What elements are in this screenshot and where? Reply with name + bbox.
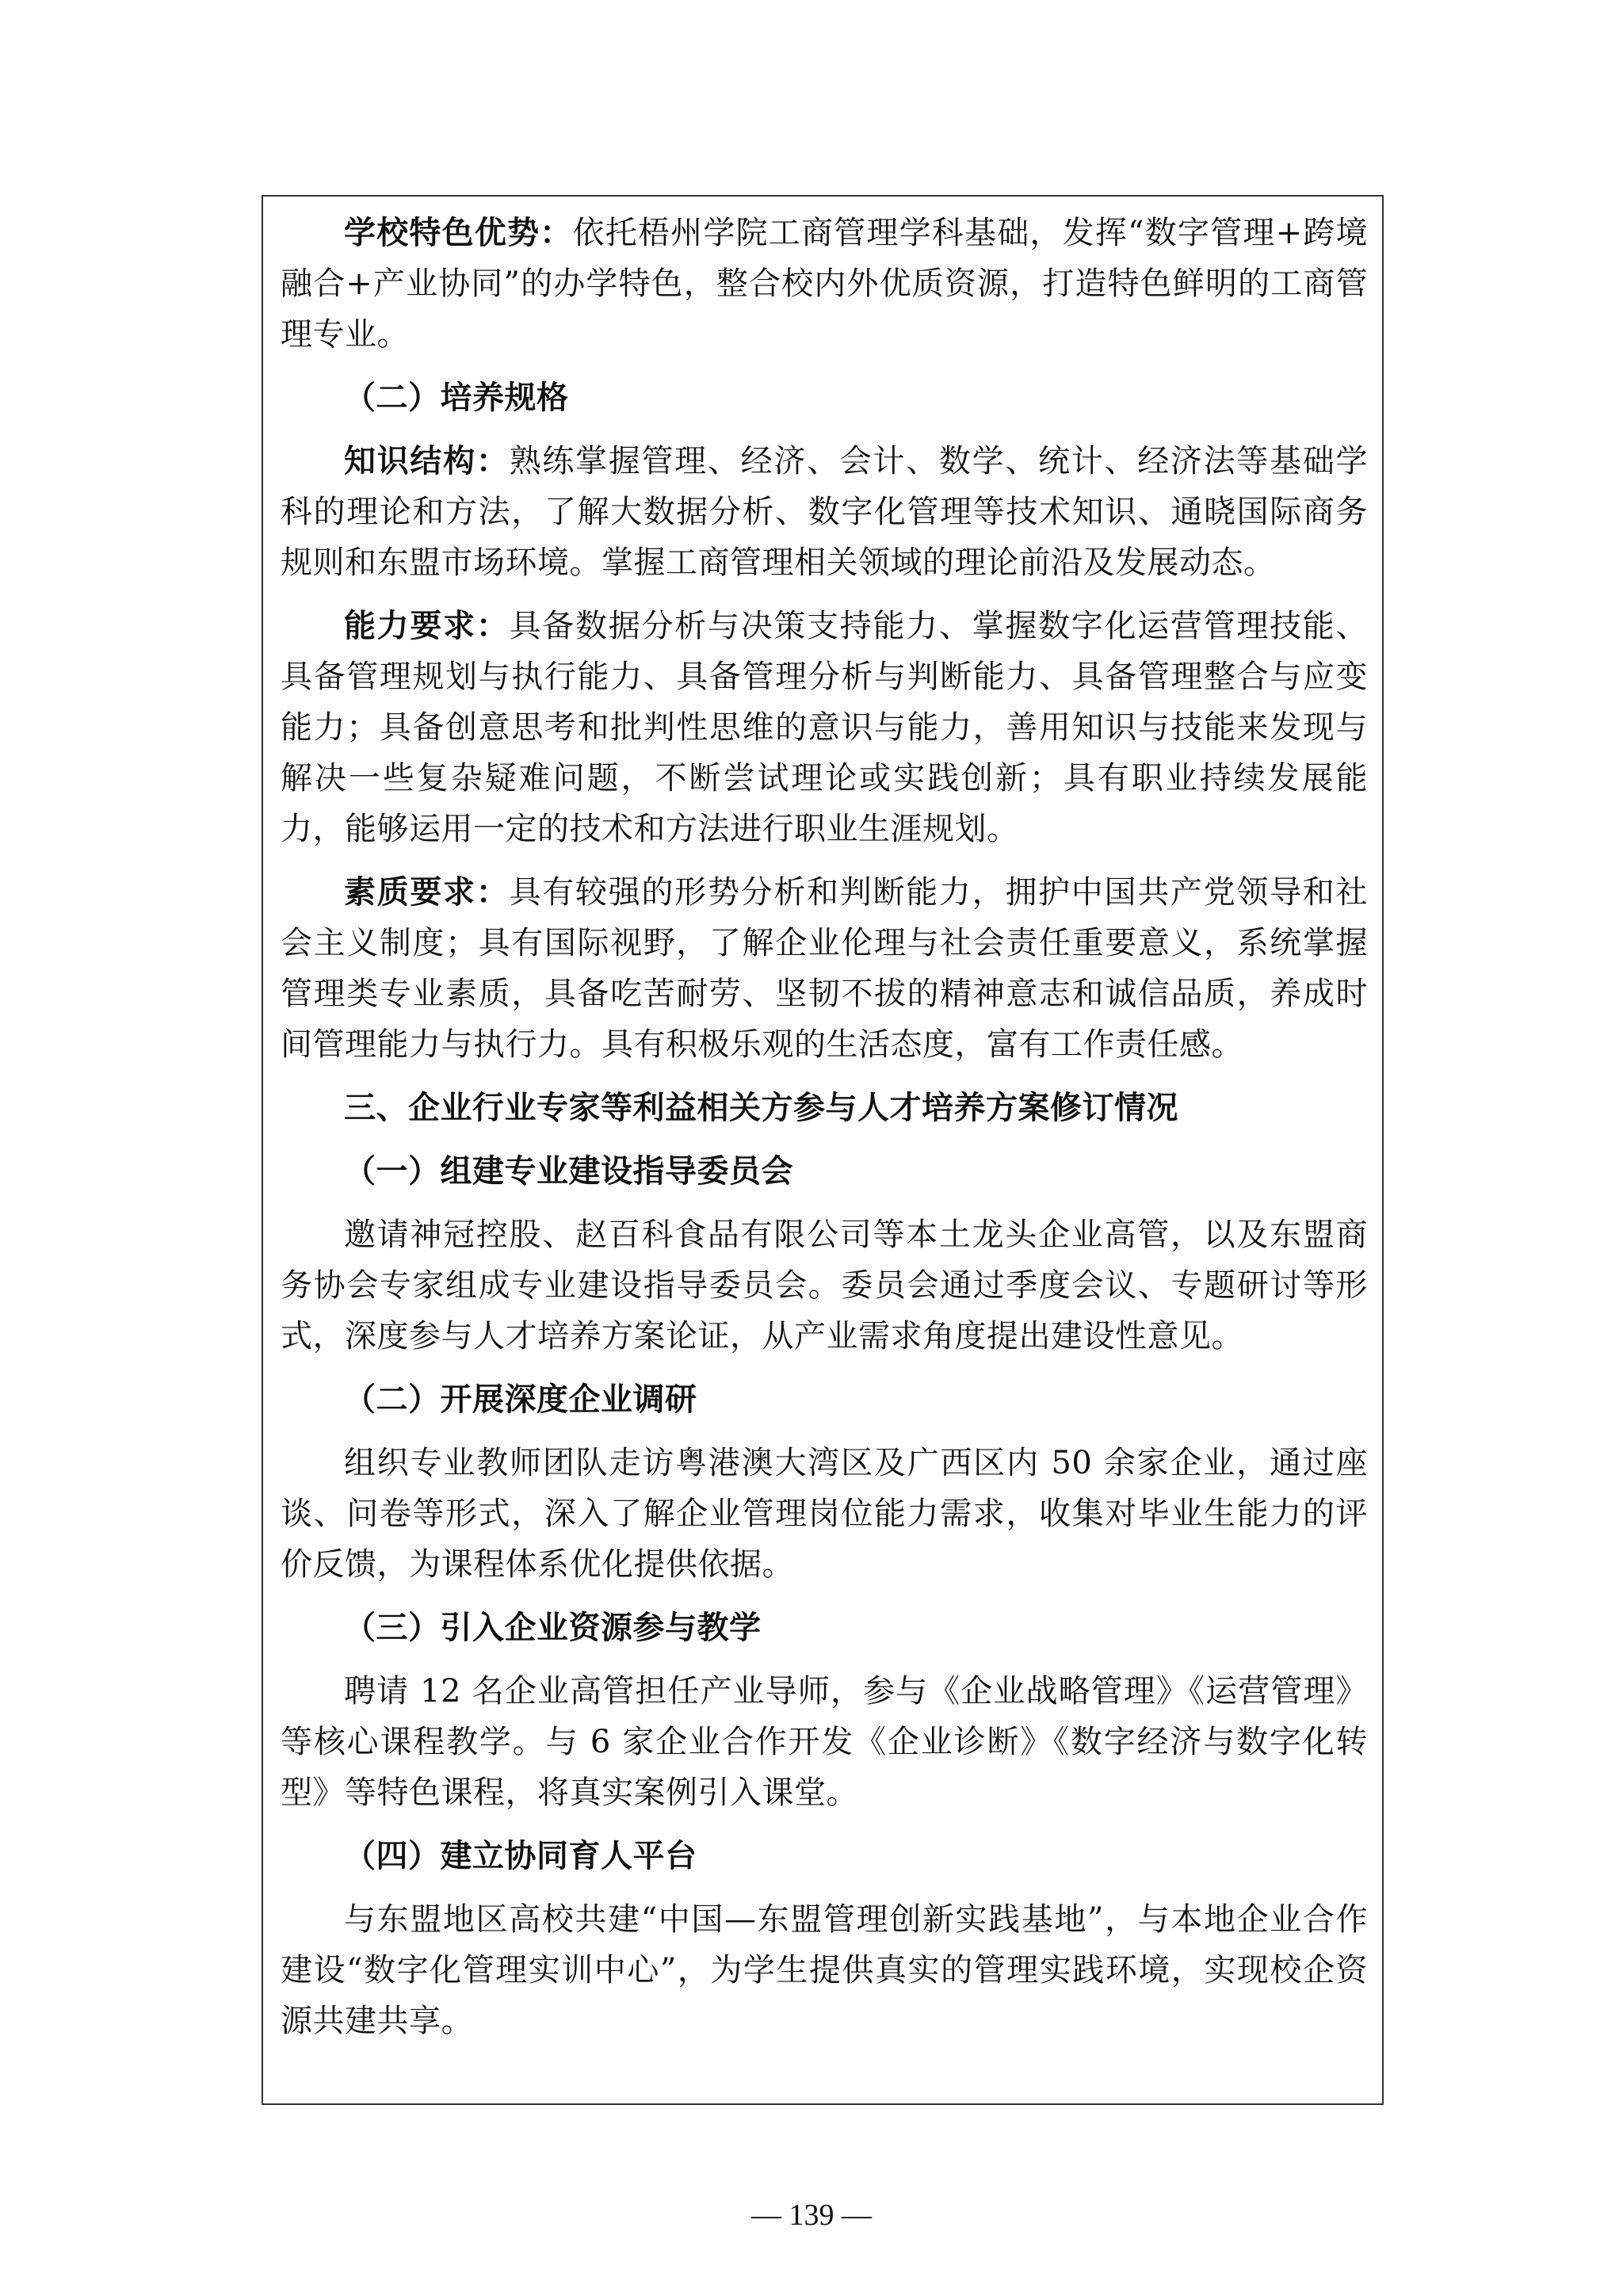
quality-lead: 素质要求： [344, 873, 510, 911]
sub-3-paragraph: 聘请 12 名企业高管担任产业导师，参与《企业战略管理》《运营管理》等核心课程教… [281, 1666, 1368, 1818]
school-advantage-lead: 学校特色优势： [344, 214, 572, 251]
sub-2-heading: （二）开展深度企业调研 [281, 1374, 1368, 1425]
content-frame: 学校特色优势：依托梧州学院工商管理学科基础，发挥“数字管理+跨境融合+产业协同”… [262, 195, 1384, 2105]
sub-3-heading: （三）引入企业资源参与教学 [281, 1603, 1368, 1653]
sub-4-paragraph: 与东盟地区高校共建“中国—东盟管理创新实践基地”，与本地企业合作建设“数字化管理… [281, 1894, 1368, 2046]
sub-1-paragraph: 邀请神冠控股、赵百科食品有限公司等本土龙头企业高管，以及东盟商务协会专家组成专业… [281, 1209, 1368, 1362]
quality-paragraph: 素质要求：具有较强的形势分析和判断能力，拥护中国共产党领导和社会主义制度；具有国… [281, 867, 1368, 1070]
part-3-heading: 三、企业行业专家等利益相关方参与人才培养方案修订情况 [281, 1083, 1368, 1133]
sub-1-heading: （一）组建专业建设指导委员会 [281, 1146, 1368, 1197]
document-body: 学校特色优势：依托梧州学院工商管理学科基础，发挥“数字管理+跨境融合+产业协同”… [281, 197, 1368, 2046]
sub-2-paragraph: 组织专业教师团队走访粤港澳大湾区及广西区内 50 余家企业，通过座谈、问卷等形式… [281, 1438, 1368, 1590]
ability-lead: 能力要求： [344, 607, 510, 644]
sub-4-heading: （四）建立协同育人平台 [281, 1831, 1368, 1881]
knowledge-lead: 知识结构： [344, 442, 510, 479]
school-advantage-paragraph: 学校特色优势：依托梧州学院工商管理学科基础，发挥“数字管理+跨境融合+产业协同”… [281, 208, 1368, 360]
page-number: — 139 — [0, 2195, 1623, 2235]
section-2-heading: （二）培养规格 [281, 372, 1368, 423]
knowledge-paragraph: 知识结构：熟练掌握管理、经济、会计、数学、统计、经济法等基础学科的理论和方法，了… [281, 436, 1368, 588]
ability-paragraph: 能力要求：具备数据分析与决策支持能力、掌握数字化运营管理技能、具备管理规划与执行… [281, 601, 1368, 854]
